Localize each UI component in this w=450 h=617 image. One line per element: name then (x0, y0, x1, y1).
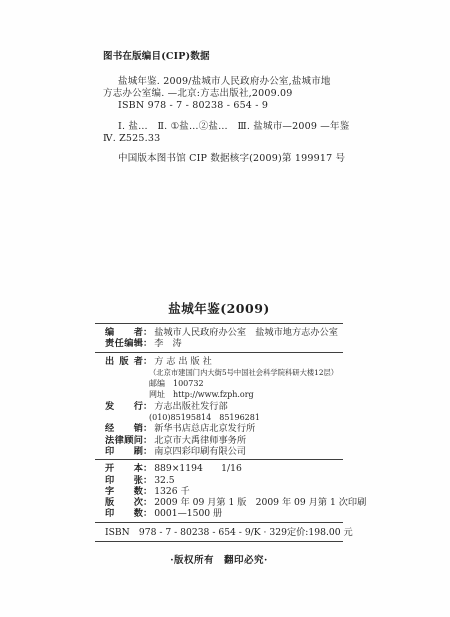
label-colon: ： (143, 435, 152, 446)
row-value: 32.5 (154, 475, 174, 486)
row-value: 1326 千 (154, 486, 190, 497)
edition-row: 版次：2009 年 09 月第 1 版 2009 年 09 月第 1 次印刷 (105, 497, 343, 508)
publisher-postcode: 邮编 100732 (149, 378, 343, 389)
price: 定价:198.00 元 (287, 526, 353, 539)
label-colon: ： (143, 423, 152, 434)
printing-specs-section: 开本：889×1194 1/16 印张：32.5 字数：1326 千 版次：20… (95, 459, 343, 521)
distribution-phones: (010)85195814 85196281 (149, 412, 343, 423)
printer-row: 印刷：南京四彩印刷有限公司 (105, 446, 343, 457)
row-label: 字数 (105, 486, 143, 497)
row-label: 印张 (105, 475, 143, 486)
cip-class-line: Ⅰ. 盐… Ⅱ. ①盐…②盐… Ⅲ. 盐城市—2009 —年鉴 (103, 121, 365, 133)
row-label: 责任编辑 (105, 338, 143, 349)
row-label: 法律顾问 (105, 435, 143, 446)
row-value: 方 志 出 版 社 (154, 356, 212, 367)
row-value: 李 涛 (154, 338, 182, 349)
publisher-address: （北京市建国门内大街5号中国社会科学院科研大楼12层） (149, 367, 343, 378)
editors-section: 编者：盐城市人民政府办公室 盐城市地方志办公室 责任编辑：李 涛 (95, 323, 343, 352)
sheets-row: 印张：32.5 (105, 475, 343, 486)
label-colon: ： (143, 497, 152, 508)
print-run-row: 印数：0001—1500 册 (105, 508, 343, 519)
row-value: 南京四彩印刷有限公司 (154, 446, 246, 457)
publisher-row: 出版者：方 志 出 版 社 （北京市建国门内大街5号中国社会科学院科研大楼12层… (105, 356, 343, 401)
distribution-row: 发行：方志出版社发行部 (010)85195814 85196281 (105, 401, 343, 424)
row-value: 盐城市人民政府办公室 盐城市地方志办公室 (154, 327, 338, 338)
label-colon: ： (143, 446, 152, 457)
row-label: 印刷 (105, 446, 143, 457)
row-label: 发行 (105, 401, 143, 412)
label-colon: ： (143, 486, 152, 497)
row-label: 版次 (105, 497, 143, 508)
cip-record-line: 方志办公室编. —北京:方志出版社,2009.09 (103, 88, 365, 100)
cip-record-line: 盐城年鉴. 2009/盐城市人民政府办公室,盐城市地 (103, 76, 365, 88)
row-value: 0001—1500 册 (154, 508, 222, 519)
cip-record-isbn: ISBN 978 - 7 - 80238 - 654 - 9 (103, 100, 365, 112)
book-title: 盐城年鉴(2009) (95, 301, 343, 316)
row-label: 开本 (105, 463, 143, 474)
colophon: 盐城年鉴(2009) 编者：盐城市人民政府办公室 盐城市地方志办公室 责任编辑：… (95, 301, 343, 542)
row-label: 出版者 (105, 356, 143, 367)
seller-row: 经销：新华书店总店北京发行所 (105, 423, 343, 434)
label-colon: ： (143, 338, 152, 349)
cip-record: 盐城年鉴. 2009/盐城市人民政府办公室,盐城市地 方志办公室编. —北京:方… (103, 76, 365, 112)
row-value: 北京市大禹律师事务所 (154, 435, 246, 446)
row-value: 889×1194 1/16 (154, 463, 242, 474)
cip-block: 图书在版编目(CIP)数据 盐城年鉴. 2009/盐城市人民政府办公室,盐城市地… (103, 51, 365, 165)
label-colon: ： (143, 356, 152, 367)
cip-classification: Ⅰ. 盐… Ⅱ. ①盐…②盐… Ⅲ. 盐城市—2009 —年鉴 Ⅳ. Z525.… (103, 121, 365, 145)
publishing-section: 出版者：方 志 出 版 社 （北京市建国门内大街5号中国社会科学院科研大楼12层… (95, 352, 343, 460)
isbn-number: ISBN 978 - 7 - 80238 - 654 - 9/K · 329 (105, 526, 287, 539)
legal-counsel-row: 法律顾问：北京市大禹律师事务所 (105, 435, 343, 446)
copyright-notice: ·版权所有 翻印必究· (95, 552, 343, 566)
isbn-section: ISBN 978 - 7 - 80238 - 654 - 9/K · 329 定… (95, 522, 343, 542)
row-value: 2009 年 09 月第 1 版 2009 年 09 月第 1 次印刷 (154, 497, 366, 508)
isbn-price-row: ISBN 978 - 7 - 80238 - 654 - 9/K · 329 定… (105, 526, 343, 539)
row-label: 编者 (105, 327, 143, 338)
row-label: 经销 (105, 423, 143, 434)
label-colon: ： (143, 508, 152, 519)
cip-registry-number: 中国版本图书馆 CIP 数据核字(2009)第 199917 号 (103, 153, 365, 165)
label-colon: ： (143, 463, 152, 474)
row-label: 印数 (105, 508, 143, 519)
word-count-row: 字数：1326 千 (105, 486, 343, 497)
label-colon: ： (143, 327, 152, 338)
copyright-page: 图书在版编目(CIP)数据 盐城年鉴. 2009/盐城市人民政府办公室,盐城市地… (0, 0, 450, 617)
cip-class-line: Ⅳ. Z525.33 (103, 133, 365, 145)
format-row: 开本：889×1194 1/16 (105, 463, 343, 474)
cip-heading: 图书在版编目(CIP)数据 (103, 51, 365, 63)
label-colon: ： (143, 475, 152, 486)
row-value: 方志出版社发行部 (154, 401, 228, 412)
publisher-website: 网址 http://www.fzph.org (149, 389, 343, 400)
editor-row: 责任编辑：李 涛 (105, 338, 343, 349)
row-value: 新华书店总店北京发行所 (154, 423, 255, 434)
editor-row: 编者：盐城市人民政府办公室 盐城市地方志办公室 (105, 327, 343, 338)
label-colon: ： (143, 401, 152, 412)
